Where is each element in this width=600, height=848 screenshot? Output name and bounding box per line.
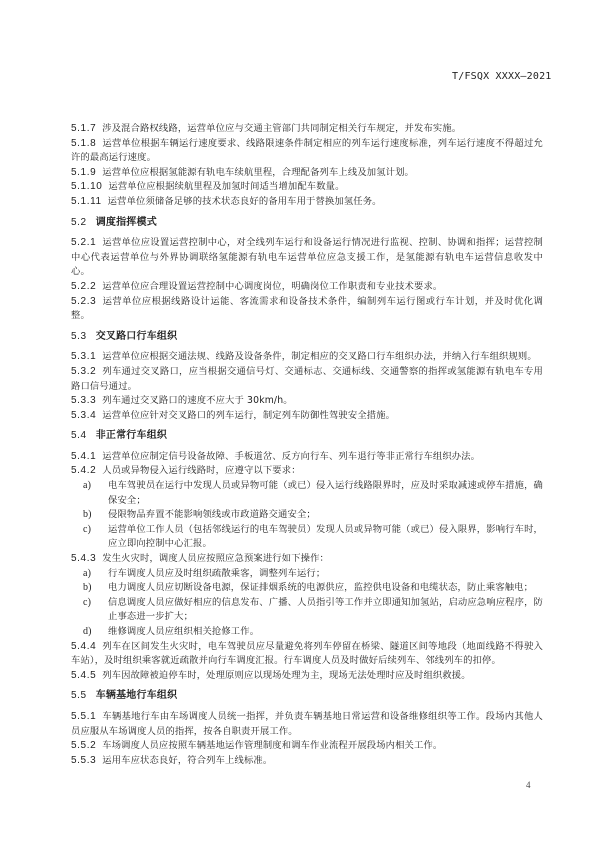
clause-5-3-3: 5.3.3列车通过交叉路口的速度不应大于 30km/h。 (71, 394, 543, 409)
clause-5-3-2: 5.3.2列车通过交叉路口，应当根据交通信号灯、交通标志、交通标线、交通警察的指… (71, 365, 543, 394)
clause-5-1-9: 5.1.9运营单位应根据氢能源有轨电车续航里程，合理配备列车上线及加氢计划。 (71, 166, 543, 181)
list-item-5-4-2-a: a)电车驾驶员在运行中发现人员或异物可能（或已）侵入运行线路限界时，应及时采取减… (71, 479, 543, 508)
document-id-header: T/FSQX XXXX—2021 (452, 71, 552, 82)
clause-5-5-2: 5.5.2车场调度人员应按照车辆基地运作管理制度和调车作业流程开展段场内相关工作… (71, 739, 543, 754)
list-item-5-4-3-c: c)信息调度人员应做好相应的信息发布、广播、人员指引等工作并立即通知加氢站，启动… (71, 596, 543, 625)
clause-5-4-5: 5.4.5列车因故障被迫停车时，处理原则应以现场处理为主，现场无法处理时应及时组… (71, 669, 543, 684)
clause-5-5-3: 5.5.3运用车应状态良好，符合列车上线标准。 (71, 754, 543, 769)
clause-5-3-1: 5.3.1运营单位应根据交通法规、线路及设备条件，制定相应的交叉路口行车组织办法… (71, 350, 543, 365)
list-item-5-4-2-c: c)运营单位工作人员（包括邻线运行的电车驾驶员）发现人员或异物可能（或已）侵入限… (71, 523, 543, 552)
clause-5-2-2: 5.2.2运营单位应合理设置运营控制中心调度岗位，明确岗位工作职责和专业技术要求… (71, 280, 543, 295)
list-item-5-4-3-d: d)维修调度人员应组织相关抢修工作。 (71, 625, 543, 640)
clause-5-4-1: 5.4.1运营单位应制定信号设备故障、手板道岔、反方向行车、列车退行等非正常行车… (71, 450, 543, 465)
clause-5-5-1: 5.5.1车辆基地行车由车场调度人员统一指挥，并负责车辆基地日常运营和设备维修组… (71, 710, 543, 739)
document-body: 5.1.7涉及混合路权线路，运营单位应与交通主管部门共同制定相关行车规定，并发布… (71, 122, 543, 768)
clause-5-2-1: 5.2.1运营单位应设置运营控制中心，对全线列车运行和设备运行情况进行监视、控制… (71, 236, 543, 280)
clause-5-1-11: 5.1.11运营单位须储备足够的技术状态良好的备用车用于替换加氢任务。 (71, 195, 543, 210)
list-item-5-4-3-b: b)电力调度人员应切断设备电源，保证排烟系统的电源供应，监控供电设备和电缆状态，… (71, 581, 543, 596)
clause-5-4-2: 5.4.2人员或异物侵入运行线路时，应遵守以下要求： (71, 464, 543, 479)
list-item-5-4-2-b: b)侵限物品弃置不能影响领线或市政道路交通安全； (71, 508, 543, 523)
clause-5-3-4: 5.3.4运营单位应针对交叉路口的列车运行，制定列车防御性驾驶安全措施。 (71, 409, 543, 424)
section-heading-5-4: 5.4非正常行车组织 (71, 429, 543, 444)
document-page: T/FSQX XXXX—2021 5.1.7涉及混合路权线路，运营单位应与交通主… (0, 0, 600, 848)
list-item-5-4-3-a: a)行车调度人员应及时组织疏散乘客，调整列车运行； (71, 567, 543, 582)
page-number: 4 (526, 780, 531, 790)
clause-5-4-3: 5.4.3发生火灾时，调度人员应按照应急预案进行如下操作： (71, 552, 543, 567)
clause-5-4-4: 5.4.4列车在区间发生火灾时，电车驾驶员应尽量避免将列车停留在桥梁、隧道区间等… (71, 640, 543, 669)
clause-5-1-7: 5.1.7涉及混合路权线路，运营单位应与交通主管部门共同制定相关行车规定，并发布… (71, 122, 543, 137)
section-heading-5-5: 5.5车辆基地行车组织 (71, 689, 543, 704)
clause-5-2-3: 5.2.3运营单位应根据线路设计运能、客流需求和设备技术条件，编制列车运行图或行… (71, 295, 543, 324)
clause-5-1-8: 5.1.8运营单位根据车辆运行速度要求、线路限速条件制定相应的列车运行速度标准，… (71, 137, 543, 166)
section-heading-5-2: 5.2调度指挥模式 (71, 216, 543, 231)
section-heading-5-3: 5.3交叉路口行车组织 (71, 330, 543, 345)
clause-5-1-10: 5.1.10运营单位应根据续航里程及加氢时间适当增加配车数量。 (71, 180, 543, 195)
